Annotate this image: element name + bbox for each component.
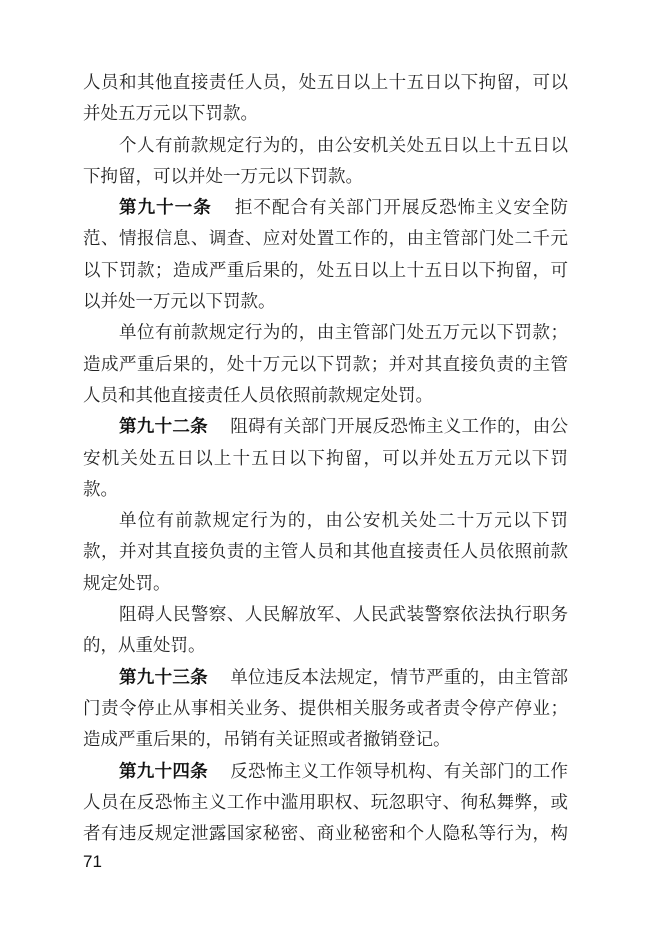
body-text-line: 以并处一万元以下罚款。 bbox=[83, 286, 568, 317]
body-text-line: 门责令停止从事相关业务、提供相关服务或者责令停产停业； bbox=[83, 693, 568, 724]
article-heading-line: 第九十二条阻碍有关部门开展反恐怖主义工作的，由公 bbox=[83, 411, 568, 442]
body-text-line: 并处五万元以下罚款。 bbox=[83, 98, 568, 129]
article-intro-text: 单位违反本法规定，情节严重的，由主管部 bbox=[230, 667, 568, 687]
article-intro-text: 反恐怖主义工作领导机构、有关部门的工作 bbox=[230, 761, 568, 781]
body-text-line: 范、情报信息、调查、应对处置工作的，由主管部门处二千元 bbox=[83, 223, 568, 254]
article-heading-line: 第九十三条单位违反本法规定，情节严重的，由主管部 bbox=[83, 662, 568, 693]
body-text-line: 人员和其他直接责任人员依照前款规定处罚。 bbox=[83, 380, 568, 411]
article-number: 第九十四条 bbox=[119, 761, 208, 781]
body-text-line: 人员和其他直接责任人员，处五日以上十五日以下拘留，可以 bbox=[83, 67, 568, 98]
text-block: 人员和其他直接责任人员，处五日以上十五日以下拘留，可以并处五万元以下罚款。个人有… bbox=[83, 67, 568, 849]
body-text-line: 个人有前款规定行为的，由公安机关处五日以上十五日以 bbox=[83, 130, 568, 161]
body-text-line: 以下罚款；造成严重后果的，处五日以上十五日以下拘留，可 bbox=[83, 255, 568, 286]
document-page: 人员和其他直接责任人员，处五日以上十五日以下拘留，可以并处五万元以下罚款。个人有… bbox=[0, 0, 650, 942]
body-text-line: 规定处罚。 bbox=[83, 568, 568, 599]
body-text-line: 款。 bbox=[83, 474, 568, 505]
body-text-line: 阻碍人民警察、人民解放军、人民武装警察依法执行职务 bbox=[83, 599, 568, 630]
article-heading-line: 第九十四条反恐怖主义工作领导机构、有关部门的工作 bbox=[83, 756, 568, 787]
body-text-line: 造成严重后果的，处十万元以下罚款；并对其直接负责的主管 bbox=[83, 349, 568, 380]
body-text-line: 款，并对其直接负责的主管人员和其他直接责任人员依照前款 bbox=[83, 536, 568, 567]
body-text-line: 的，从重处罚。 bbox=[83, 630, 568, 661]
body-text-line: 者有违反规定泄露国家秘密、商业秘密和个人隐私等行为，构 bbox=[83, 818, 568, 849]
body-text-line: 单位有前款规定行为的，由公安机关处二十万元以下罚 bbox=[83, 505, 568, 536]
body-text-line: 单位有前款规定行为的，由主管部门处五万元以下罚款； bbox=[83, 317, 568, 348]
article-number: 第九十一条 bbox=[119, 197, 212, 217]
body-text-line: 安机关处五日以上十五日以下拘留，可以并处五万元以下罚 bbox=[83, 443, 568, 474]
article-number: 第九十三条 bbox=[119, 667, 208, 687]
page-number: 71 bbox=[83, 852, 102, 872]
article-number: 第九十二条 bbox=[119, 416, 208, 436]
body-text-line: 人员在反恐怖主义工作中滥用职权、玩忽职守、徇私舞弊，或 bbox=[83, 787, 568, 818]
article-intro-text: 阻碍有关部门开展反恐怖主义工作的，由公 bbox=[230, 416, 568, 436]
article-heading-line: 第九十一条拒不配合有关部门开展反恐怖主义安全防 bbox=[83, 192, 568, 223]
article-intro-text: 拒不配合有关部门开展反恐怖主义安全防 bbox=[234, 197, 568, 217]
body-text-line: 造成严重后果的，吊销有关证照或者撤销登记。 bbox=[83, 724, 568, 755]
body-text-line: 下拘留，可以并处一万元以下罚款。 bbox=[83, 161, 568, 192]
